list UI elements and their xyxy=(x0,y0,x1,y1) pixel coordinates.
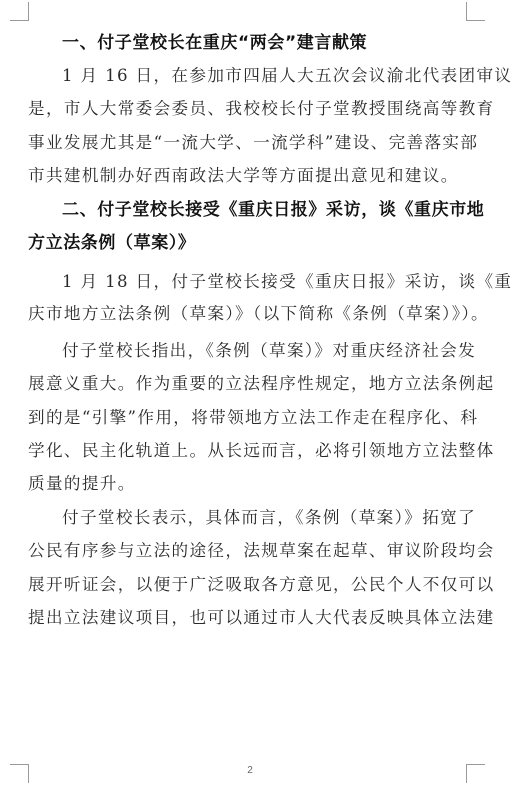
paragraph-line: 付子堂校长表示，具体而言，《条例（草案）》拓宽了 xyxy=(62,503,470,533)
section-2-heading: 二、付子堂校长接受《重庆日报》采访，谈《重庆市地 xyxy=(62,195,470,225)
paragraph-line: 庆市地方立法条例（草案）》（以下简称《条例（草案）》）。 xyxy=(28,299,470,329)
crop-mark-bottom-right xyxy=(466,764,485,783)
paragraph-line: 质量的提升。 xyxy=(28,469,470,499)
paragraph-line: 公民有序参与立法的途径，法规草案在起草、审议阶段均会 xyxy=(28,536,470,566)
paragraph-line: 展开听证会，以便于广泛吸取各方意见，公民个人不仅可以 xyxy=(28,570,470,600)
paragraph-line: 事业发展尤其是“一流大学、一流学科”建设、完善落实部 xyxy=(28,128,470,158)
paragraph-line: 1 月 16 日，在参加市四届人大五次会议渝北代表团审议 xyxy=(62,61,470,91)
document-page: 一、付子堂校长在重庆“两会”建言献策 1 月 16 日，在参加市四届人大五次会议… xyxy=(0,0,529,803)
crop-mark-top-right xyxy=(466,2,485,21)
crop-mark-bottom-left xyxy=(10,764,29,783)
paragraph-line: 1 月 18 日，付子堂校长接受《重庆日报》采访，谈《重 xyxy=(62,267,470,297)
page-number: 2 xyxy=(244,765,256,776)
paragraph-line: 是，市人大常委会委员、我校校长付子堂教授围绕高等教育 xyxy=(28,94,470,124)
paragraph-line: 提出立法建议项目，也可以通过市人大代表反映具体立法建 xyxy=(28,603,470,633)
section-1-heading: 一、付子堂校长在重庆“两会”建言献策 xyxy=(62,28,470,58)
paragraph-line: 市共建机制办好西南政法大学等方面提出意见和建议。 xyxy=(28,161,470,191)
paragraph-line: 展意义重大。作为重要的立法程序性规定，地方立法条例起 xyxy=(28,369,470,399)
section-2-heading-cont: 方立法条例（草案）》 xyxy=(28,228,470,258)
paragraph-line: 学化、民主化轨道上。从长远而言，必将引领地方立法整体 xyxy=(28,436,470,466)
paragraph-line: 付子堂校长指出，《条例（草案）》对重庆经济社会发 xyxy=(62,336,470,366)
paragraph-line: 到的是“引擎”作用，将带领地方立法工作走在程序化、科 xyxy=(28,403,470,433)
crop-mark-top-left xyxy=(10,2,29,21)
